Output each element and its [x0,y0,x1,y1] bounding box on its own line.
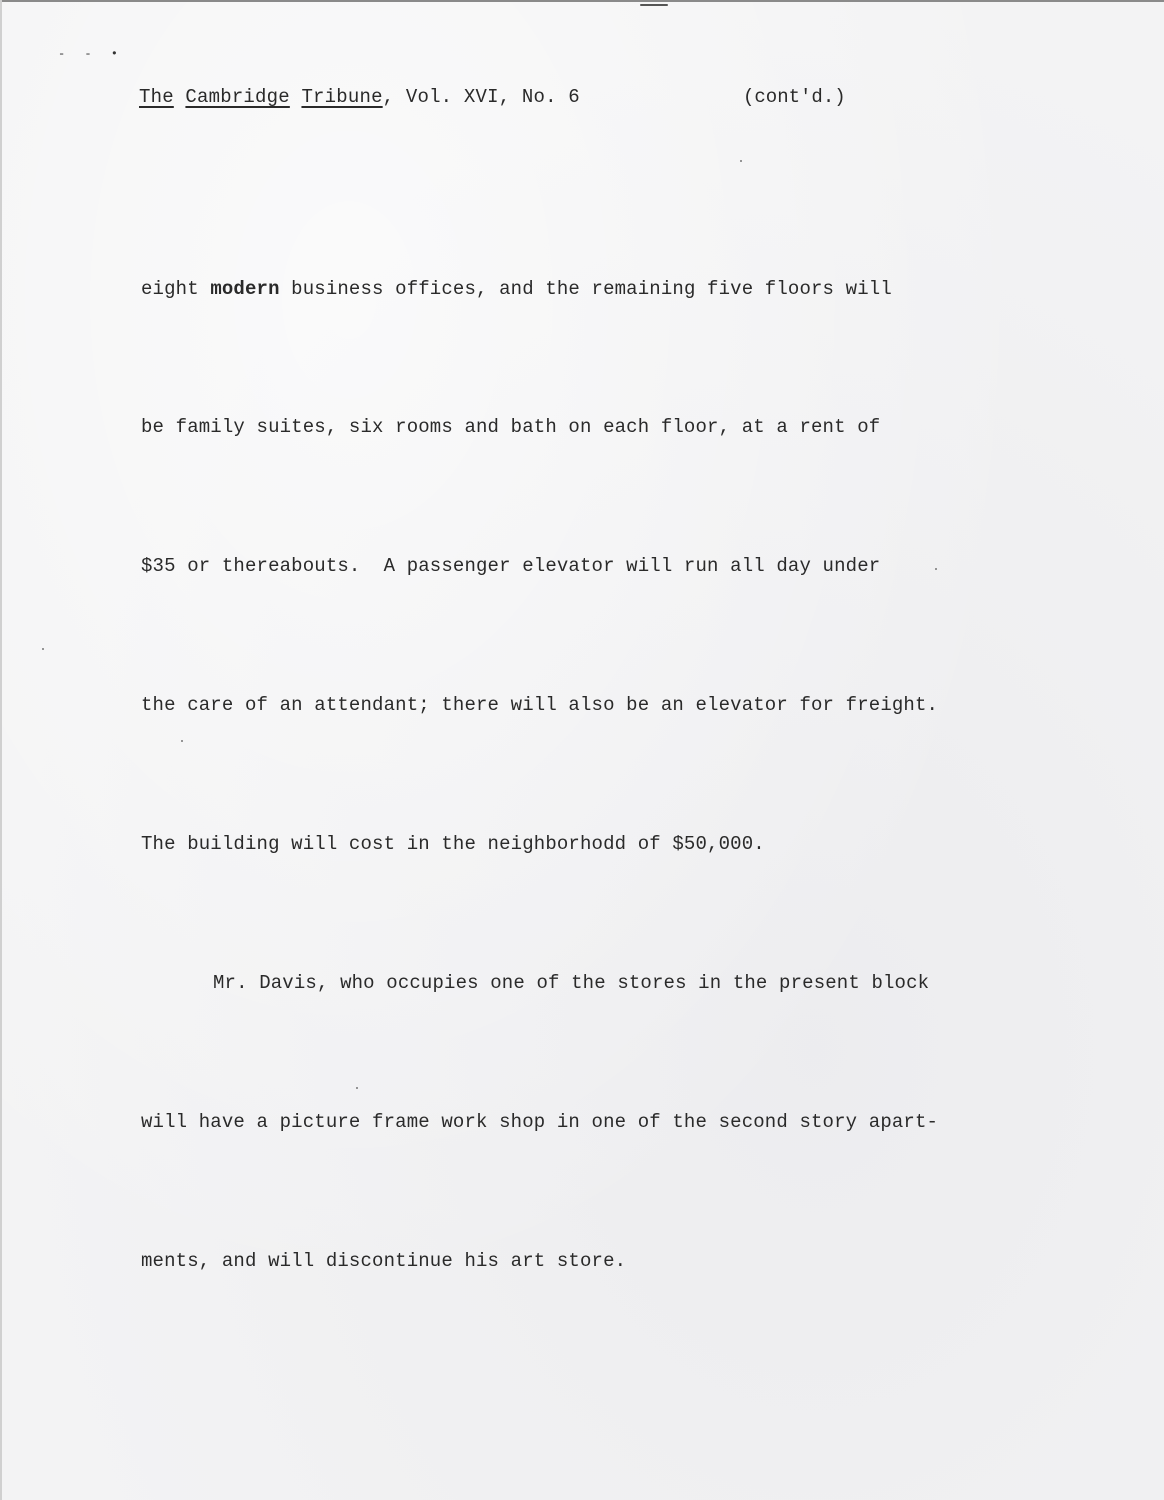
text-line: will have a picture frame work shop in o… [141,1099,1101,1145]
paper-speck [935,568,937,570]
publication-word: The [139,86,174,108]
text-segment: eight [141,278,210,300]
text-line: $35 or thereabouts. A passenger elevator… [141,543,1101,589]
volume-number: , Vol. XVI, No. 6 [383,86,580,108]
text-line: eight modern business offices, and the r… [141,266,1101,312]
page-top-edge [0,0,1164,2]
paper-speck [740,160,742,162]
continuation-label: (cont'd.) [743,86,846,108]
text-line: the care of an attendant; there will als… [141,682,1101,728]
bold-word: modern [210,278,279,300]
staple-mark [640,4,668,6]
publication-word: Tribune [301,86,382,108]
paper-speck [42,648,44,650]
publication-word: Cambridge [185,86,289,108]
article-body: eight modern business offices, and the r… [141,173,1101,1377]
paper-speck [181,740,183,742]
margin-marks: - - • [58,47,124,61]
page-left-edge [0,0,2,1500]
text-line: The building will cost in the neighborho… [141,821,1101,867]
text-line: Mr. Davis, who occupies one of the store… [141,960,1101,1006]
paper-speck [356,1087,358,1089]
typewritten-page: - - • The Cambridge Tribune, Vol. XVI, N… [0,0,1164,1500]
text-line: ments, and will discontinue his art stor… [141,1238,1101,1284]
document-header: The Cambridge Tribune, Vol. XVI, No. 6 [139,86,580,108]
text-segment: business offices, and the remaining five… [280,278,892,300]
text-line: be family suites, six rooms and bath on … [141,404,1101,450]
